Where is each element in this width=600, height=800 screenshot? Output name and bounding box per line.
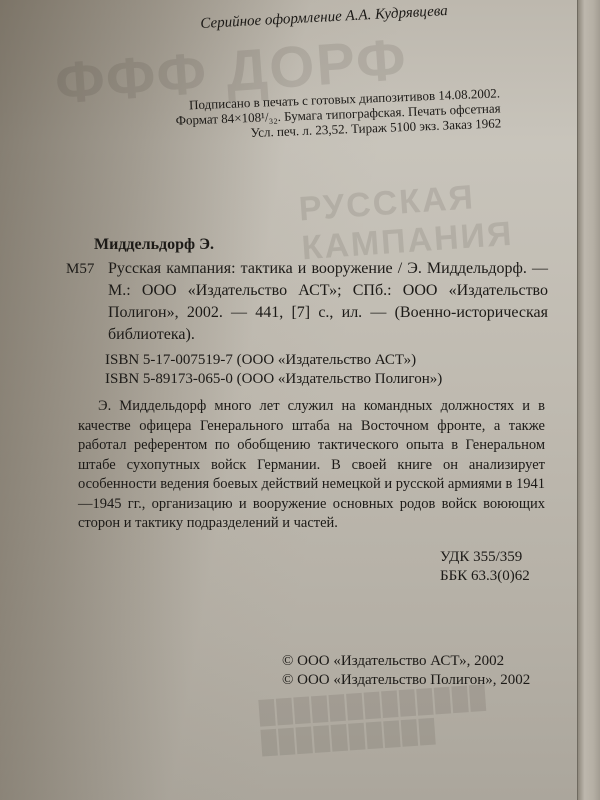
classification-codes: УДК 355/359 ББК 63.3(0)62 — [440, 548, 530, 586]
show-through-text: ███████████████████████ — [258, 682, 490, 758]
isbn-line: ISBN 5-17-007519-7 (ООО «Издательство АС… — [105, 351, 442, 370]
adjacent-page-edge — [577, 0, 600, 800]
isbn-line: ISBN 5-89173-065-0 (ООО «Издательство По… — [105, 370, 442, 389]
series-design-credit: Серийное оформление А.А. Кудрявцева — [200, 3, 448, 33]
annotation: Э. Миддельдорф много лет служил на коман… — [78, 397, 545, 534]
show-through-text: РУССКАЯ КАМПАНИЯ — [298, 170, 600, 269]
bibliographic-record: Русская кампания: тактика и вооружение /… — [108, 258, 548, 346]
isbn-block: ISBN 5-17-007519-7 (ООО «Издательство АС… — [105, 351, 442, 389]
catalog-code: М57 — [66, 261, 94, 278]
copyright-line: © ООО «Издательство Полигон», 2002 — [282, 671, 530, 690]
udk-code: УДК 355/359 — [440, 548, 530, 567]
copyright-block: © ООО «Издательство АСТ», 2002 © ООО «Из… — [282, 652, 530, 690]
bbk-code: ББК 63.3(0)62 — [440, 567, 530, 586]
copyright-line: © ООО «Издательство АСТ», 2002 — [282, 652, 530, 671]
annotation-text: Э. Миддельдорф много лет служил на коман… — [78, 397, 545, 534]
author-heading: Миддельдорф Э. — [94, 236, 214, 254]
